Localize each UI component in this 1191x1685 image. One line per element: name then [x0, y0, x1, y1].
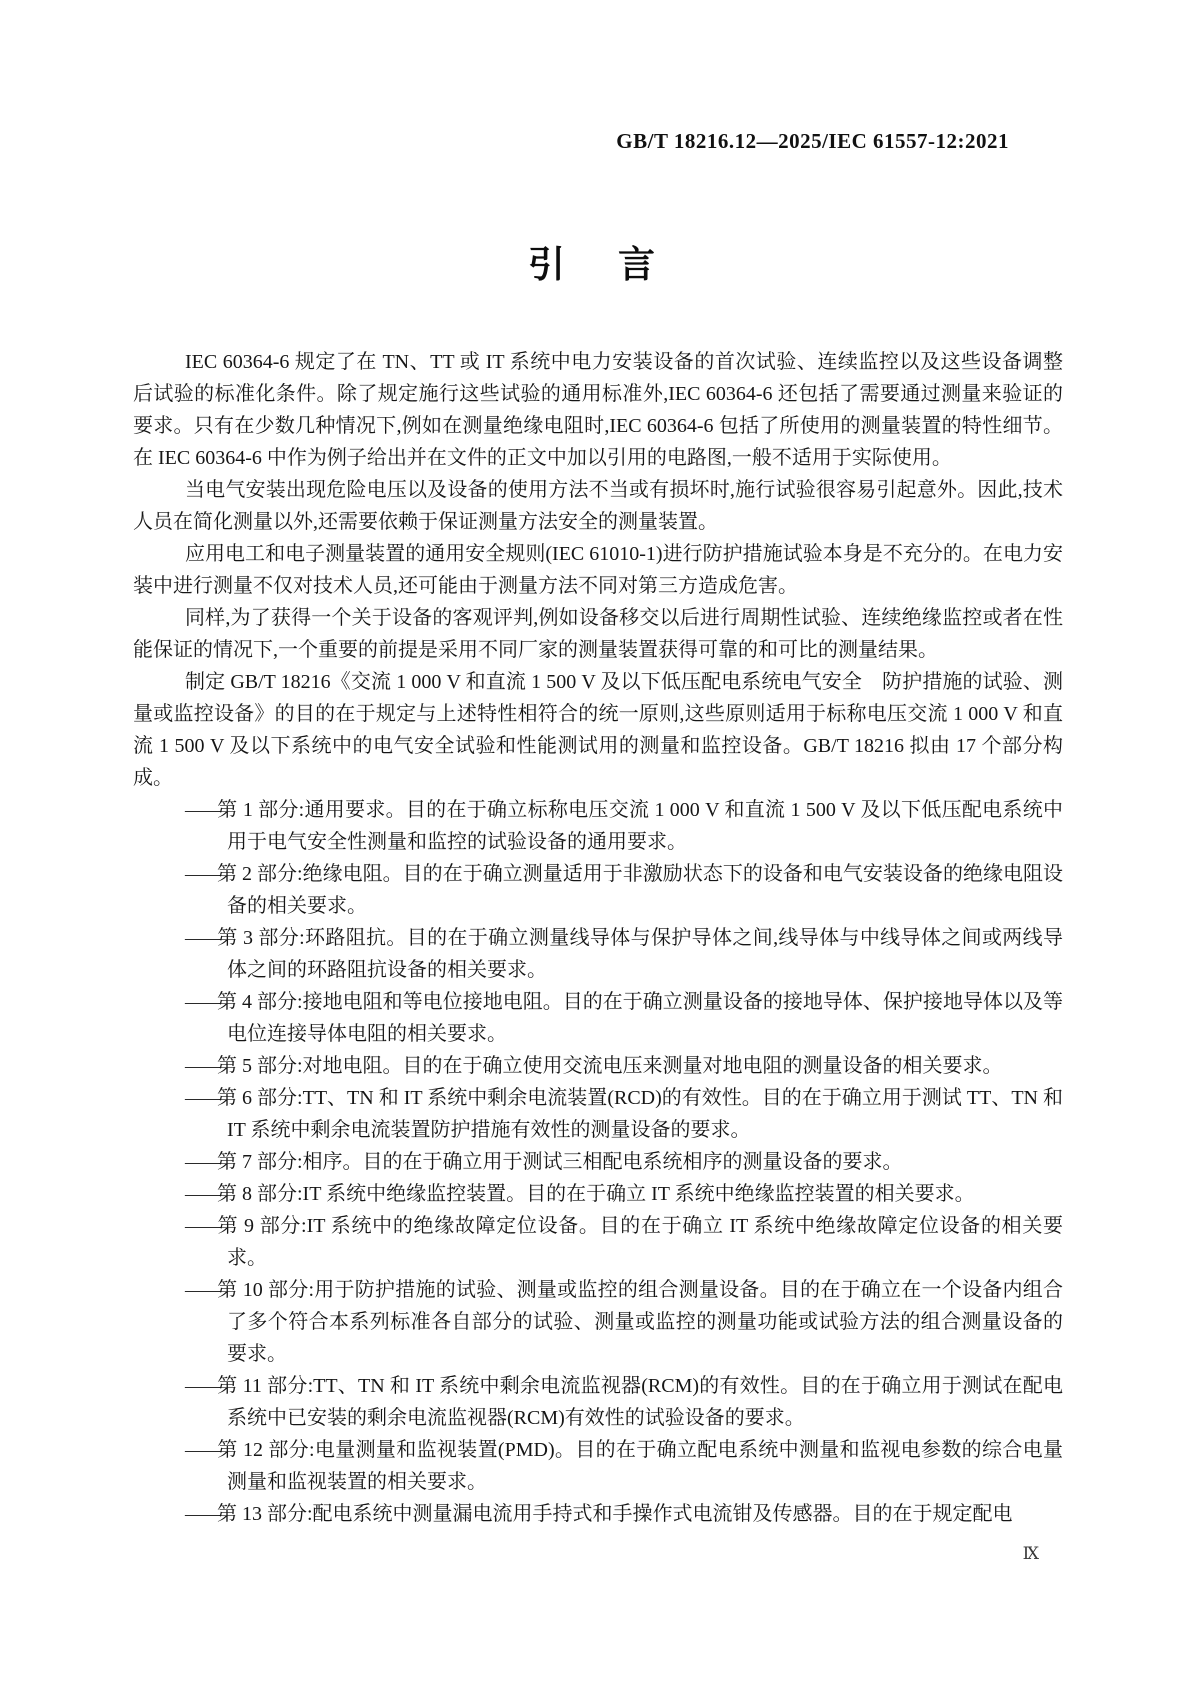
page-number: Ⅸ: [1023, 1544, 1040, 1564]
part-list-item: ——第 5 部分:对地电阻。目的在于确立使用交流电压来测量对地电阻的测量设备的相…: [133, 1050, 1063, 1082]
part-list-item: ——第 7 部分:相序。目的在于确立用于测试三相配电系统相序的测量设备的要求。: [133, 1146, 1063, 1178]
part-list-item: ——第 6 部分:TT、TN 和 IT 系统中剩余电流装置(RCD)的有效性。目…: [133, 1082, 1063, 1146]
part-text: 第 4 部分:接地电阻和等电位接地电阻。目的在于确立测量设备的接地导体、保护接地…: [217, 991, 1063, 1045]
part-list-item: ——第 10 部分:用于防护措施的试验、测量或监控的组合测量设备。目的在于确立在…: [133, 1274, 1063, 1370]
part-text: 第 13 部分:配电系统中测量漏电流用手持式和手操作式电流钳及传感器。目的在于规…: [217, 1503, 1013, 1525]
part-list-item: ——第 1 部分:通用要求。目的在于确立标称电压交流 1 000 V 和直流 1…: [133, 794, 1063, 858]
part-text: 第 8 部分:IT 系统中绝缘监控装置。目的在于确立 IT 系统中绝缘监控装置的…: [217, 1183, 975, 1205]
part-list-item: ——第 8 部分:IT 系统中绝缘监控装置。目的在于确立 IT 系统中绝缘监控装…: [133, 1178, 1063, 1210]
intro-paragraphs: IEC 60364-6 规定了在 TN、TT 或 IT 系统中电力安装设备的首次…: [133, 346, 1063, 794]
document-page: GB/T 18216.12—2025/IEC 61557-12:2021 引 言…: [0, 0, 1191, 1685]
part-text: 第 3 部分:环路阻抗。目的在于确立测量线导体与保护导体之间,线导体与中线导体之…: [217, 927, 1063, 981]
list-dash-icon: ——: [185, 863, 217, 885]
list-dash-icon: ——: [185, 1215, 217, 1237]
document-body: IEC 60364-6 规定了在 TN、TT 或 IT 系统中电力安装设备的首次…: [133, 346, 1063, 1530]
list-dash-icon: ——: [185, 1503, 217, 1525]
page-title: 引 言: [0, 234, 1191, 288]
part-text: 第 9 部分:IT 系统中的绝缘故障定位设备。目的在于确立 IT 系统中绝缘故障…: [217, 1215, 1063, 1269]
list-dash-icon: ——: [185, 1055, 217, 1077]
part-list-item: ——第 11 部分:TT、TN 和 IT 系统中剩余电流监视器(RCM)的有效性…: [133, 1370, 1063, 1434]
part-text: 第 7 部分:相序。目的在于确立用于测试三相配电系统相序的测量设备的要求。: [217, 1151, 903, 1173]
list-dash-icon: ——: [185, 1087, 217, 1109]
paragraph: 应用电工和电子测量装置的通用安全规则(IEC 61010-1)进行防护措施试验本…: [133, 538, 1063, 602]
paragraph: IEC 60364-6 规定了在 TN、TT 或 IT 系统中电力安装设备的首次…: [133, 346, 1063, 474]
part-list-item: ——第 12 部分:电量测量和监视装置(PMD)。目的在于确立配电系统中测量和监…: [133, 1434, 1063, 1498]
part-text: 第 12 部分:电量测量和监视装置(PMD)。目的在于确立配电系统中测量和监视电…: [217, 1439, 1063, 1493]
part-text: 第 11 部分:TT、TN 和 IT 系统中剩余电流监视器(RCM)的有效性。目…: [217, 1375, 1063, 1429]
part-text: 第 6 部分:TT、TN 和 IT 系统中剩余电流装置(RCD)的有效性。目的在…: [217, 1087, 1063, 1141]
parts-list: ——第 1 部分:通用要求。目的在于确立标称电压交流 1 000 V 和直流 1…: [133, 794, 1063, 1530]
part-text: 第 10 部分:用于防护措施的试验、测量或监控的组合测量设备。目的在于确立在一个…: [217, 1279, 1063, 1365]
part-list-item: ——第 4 部分:接地电阻和等电位接地电阻。目的在于确立测量设备的接地导体、保护…: [133, 986, 1063, 1050]
list-dash-icon: ——: [185, 1151, 217, 1173]
list-dash-icon: ——: [185, 1375, 217, 1397]
part-text: 第 5 部分:对地电阻。目的在于确立使用交流电压来测量对地电阻的测量设备的相关要…: [217, 1055, 1003, 1077]
part-text: 第 2 部分:绝缘电阻。目的在于确立测量适用于非激励状态下的设备和电气安装设备的…: [217, 863, 1063, 917]
paragraph: 当电气安装出现危险电压以及设备的使用方法不当或有损坏时,施行试验很容易引起意外。…: [133, 474, 1063, 538]
paragraph: 制定 GB/T 18216《交流 1 000 V 和直流 1 500 V 及以下…: [133, 666, 1063, 794]
list-dash-icon: ——: [185, 927, 217, 949]
paragraph: 同样,为了获得一个关于设备的客观评判,例如设备移交以后进行周期性试验、连续绝缘监…: [133, 602, 1063, 666]
list-dash-icon: ——: [185, 799, 217, 821]
part-list-item: ——第 2 部分:绝缘电阻。目的在于确立测量适用于非激励状态下的设备和电气安装设…: [133, 858, 1063, 922]
list-dash-icon: ——: [185, 1183, 217, 1205]
standard-number: GB/T 18216.12—2025/IEC 61557-12:2021: [616, 129, 1009, 154]
list-dash-icon: ——: [185, 991, 217, 1013]
part-list-item: ——第 3 部分:环路阻抗。目的在于确立测量线导体与保护导体之间,线导体与中线导…: [133, 922, 1063, 986]
list-dash-icon: ——: [185, 1439, 217, 1461]
part-list-item: ——第 9 部分:IT 系统中的绝缘故障定位设备。目的在于确立 IT 系统中绝缘…: [133, 1210, 1063, 1274]
part-text: 第 1 部分:通用要求。目的在于确立标称电压交流 1 000 V 和直流 1 5…: [217, 799, 1063, 853]
list-dash-icon: ——: [185, 1279, 217, 1301]
part-list-item: ——第 13 部分:配电系统中测量漏电流用手持式和手操作式电流钳及传感器。目的在…: [133, 1498, 1063, 1530]
